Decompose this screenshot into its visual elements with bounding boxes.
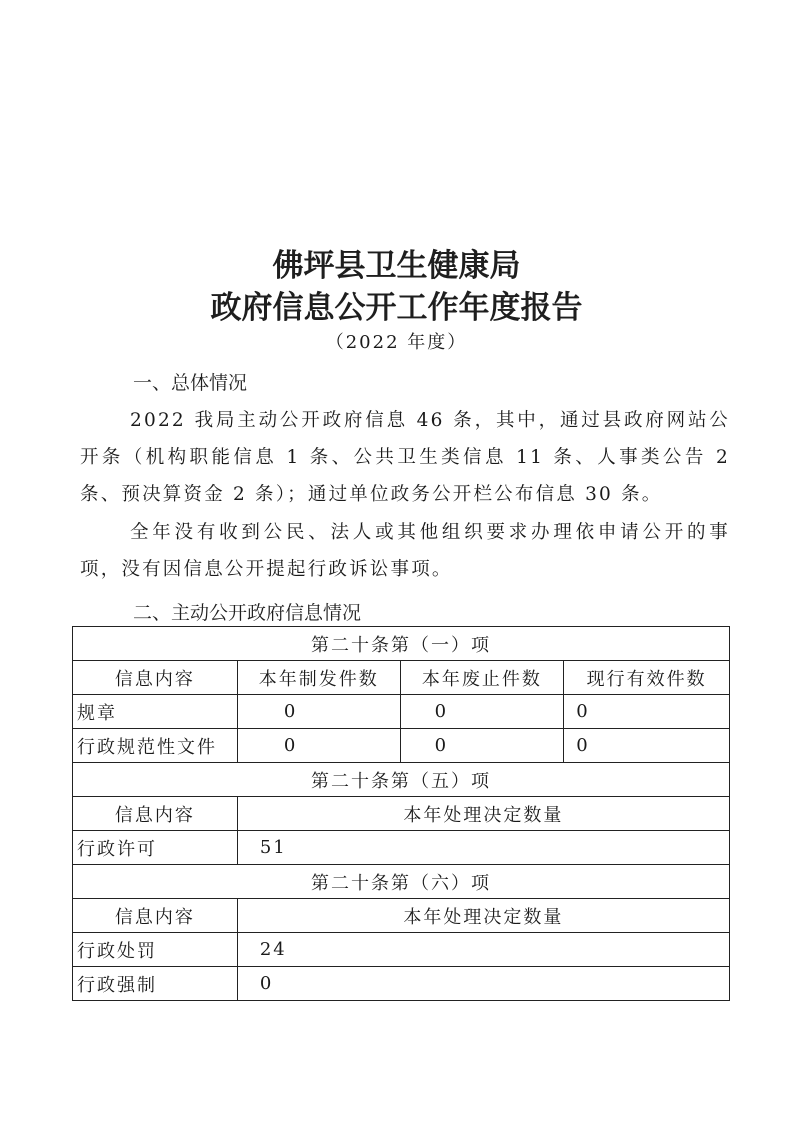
- proactive-disclosure-table: 第二十条第（一）项 信息内容 本年制发件数 本年废止件数 现行有效件数 规章 0…: [72, 626, 730, 1001]
- table-row: 行政规范性文件 0 0 0: [73, 729, 730, 763]
- table-header-row: 信息内容 本年处理决定数量: [73, 899, 730, 933]
- table-block-title-row: 第二十条第（六）项: [73, 865, 730, 899]
- row-label: 行政强制: [73, 967, 238, 1001]
- header-cell: 信息内容: [73, 899, 238, 933]
- block-title: 第二十条第（五）项: [73, 763, 730, 797]
- table-header-row: 信息内容 本年制发件数 本年废止件数 现行有效件数: [73, 661, 730, 695]
- report-year: （2022 年度）: [0, 328, 793, 354]
- document-title-line2: 政府信息公开工作年度报告: [0, 282, 793, 327]
- value-cell: 51: [237, 831, 729, 865]
- table-row: 规章 0 0 0: [73, 695, 730, 729]
- value-cell: 24: [237, 933, 729, 967]
- value-cell: 0: [237, 967, 729, 1001]
- value-cell: 0: [564, 729, 730, 763]
- row-label: 行政规范性文件: [73, 729, 238, 763]
- overview-paragraph-1: 2022 我局主动公开政府信息 46 条，其中，通过县政府网站公开条（机构职能信…: [80, 402, 730, 513]
- row-label: 行政许可: [73, 831, 238, 865]
- block-title: 第二十条第（一）项: [73, 627, 730, 661]
- table-row: 行政处罚 24: [73, 933, 730, 967]
- value-cell: 0: [237, 695, 400, 729]
- block-title: 第二十条第（六）项: [73, 865, 730, 899]
- header-cell: 本年处理决定数量: [237, 899, 729, 933]
- table-row: 行政许可 51: [73, 831, 730, 865]
- value-cell: 0: [564, 695, 730, 729]
- value-cell: 0: [237, 729, 400, 763]
- section-heading-proactive-disclosure: 二、主动公开政府信息情况: [133, 598, 361, 625]
- table-block-title-row: 第二十条第（一）项: [73, 627, 730, 661]
- overview-paragraph-2: 全年没有收到公民、法人或其他组织要求办理依申请公开的事项，没有因信息公开提起行政…: [80, 514, 730, 588]
- row-label: 行政处罚: [73, 933, 238, 967]
- header-cell: 本年处理决定数量: [237, 797, 729, 831]
- section-heading-overview: 一、总体情况: [133, 368, 247, 395]
- header-cell: 现行有效件数: [564, 661, 730, 695]
- row-label: 规章: [73, 695, 238, 729]
- header-cell: 信息内容: [73, 661, 238, 695]
- header-cell: 信息内容: [73, 797, 238, 831]
- table-block-title-row: 第二十条第（五）项: [73, 763, 730, 797]
- header-cell: 本年制发件数: [237, 661, 400, 695]
- value-cell: 0: [400, 695, 564, 729]
- document-title-line1: 佛坪县卫生健康局: [0, 240, 793, 285]
- table-row: 行政强制 0: [73, 967, 730, 1001]
- header-cell: 本年废止件数: [400, 661, 564, 695]
- table-header-row: 信息内容 本年处理决定数量: [73, 797, 730, 831]
- value-cell: 0: [400, 729, 564, 763]
